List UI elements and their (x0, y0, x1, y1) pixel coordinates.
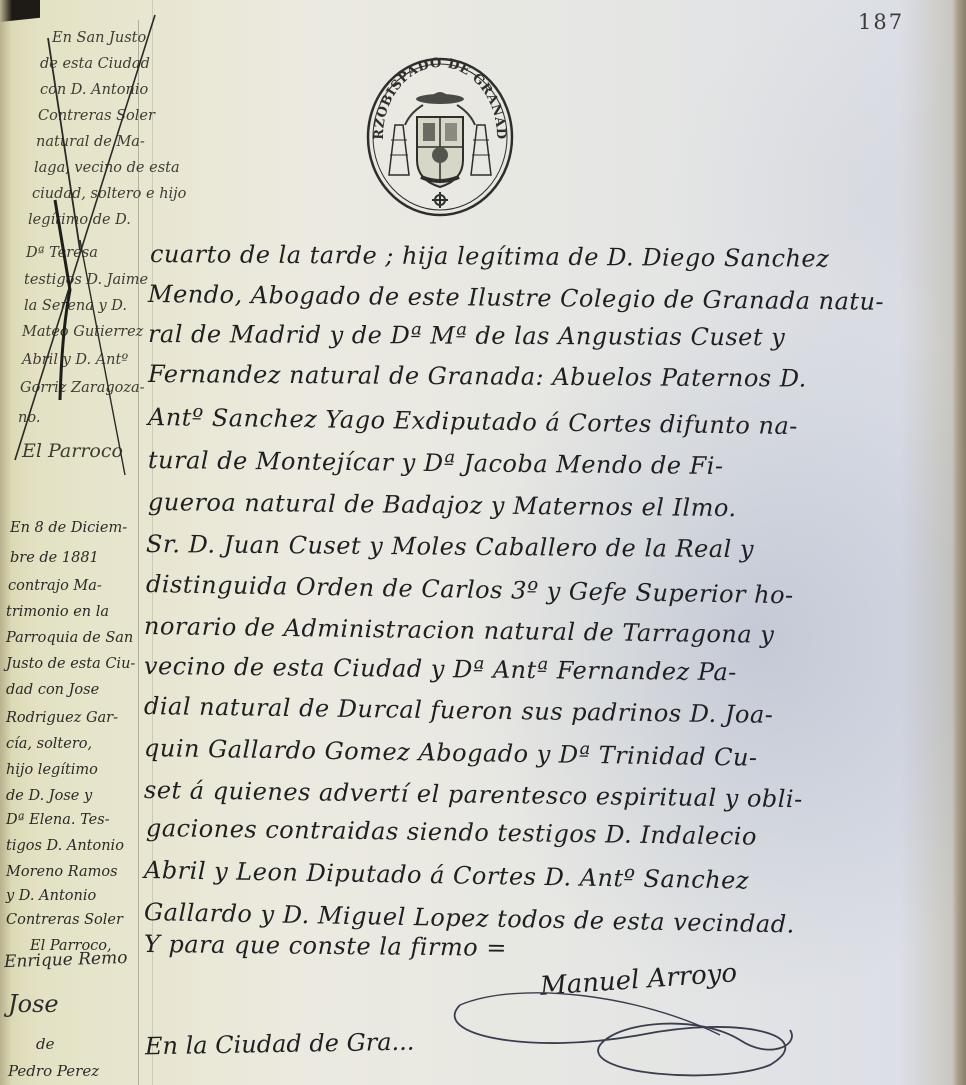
body-line: dial natural de Durcal fueron sus padrin… (144, 692, 774, 729)
margin-line: cía, soltero, (6, 736, 92, 752)
margin-line: ciudad, soltero e hijo (32, 186, 186, 202)
margin-bottom-signature: Enrique Remo (4, 948, 128, 972)
archbishopric-seal: ARZOBISPADO DE GRANADA (365, 55, 515, 200)
page-edge (952, 0, 966, 1085)
coat-of-arms-icon: ARZOBISPADO DE GRANADA (365, 55, 515, 220)
margin-line: testigos D. Jaime (24, 272, 148, 288)
margin-line: Moreno Ramos (6, 864, 118, 880)
margin-line: hijo legítimo (6, 762, 98, 778)
margin-line: Parroquia de San (6, 630, 133, 646)
margin-line: Justo de esta Ciu- (6, 656, 135, 672)
margin-line: dad con Jose (6, 682, 99, 698)
margin-line: de D. Jose y (6, 788, 92, 804)
margin-signature: El Parroco (22, 440, 123, 462)
margin-line: Mateo Gutierrez (22, 324, 143, 340)
margin-name-label: Jose (8, 990, 59, 1018)
body-line: Mendo, Abogado de este Ilustre Colegio d… (148, 280, 884, 316)
margin-line: Contreras Soler (38, 108, 155, 124)
body-line: gueroa natural de Badajoz y Maternos el … (148, 488, 737, 522)
margin-line: natural de Ma- (36, 134, 145, 150)
margin-de-label: de (36, 1035, 54, 1053)
margin-line: laga, vecino de esta (34, 160, 180, 176)
body-line: norario de Administracion natural de Tar… (144, 612, 775, 649)
body-line: Fernandez natural de Granada: Abuelos Pa… (148, 360, 807, 393)
margin-line: y D. Antonio (6, 888, 96, 904)
margin-line: Dª Elena. Tes- (6, 812, 110, 828)
body-line: tural de Montejícar y Dª Jacoba Mendo de… (148, 446, 724, 480)
margin-line: Gorriz Zaragoza- (20, 380, 145, 396)
margin-line: la Serena y D. (24, 298, 127, 314)
body-line: Sr. D. Juan Cuset y Moles Caballero de l… (146, 530, 754, 563)
margin-line: bre de 1881 (10, 550, 99, 566)
margin-line: contrajo Ma- (8, 578, 102, 594)
margin-line: Rodriguez Gar- (6, 710, 118, 726)
signature-flourish-icon (440, 985, 840, 1085)
body-line: Antº Sanchez Yago Exdiputado á Cortes di… (148, 403, 798, 440)
body-line: vecino de esta Ciudad y Dª Antª Fernande… (144, 652, 737, 686)
margin-sub-name: Pedro Perez (8, 1062, 99, 1080)
margin-line: Dª Teresa (26, 245, 98, 261)
body-line: quin Gallardo Gomez Abogado y Dª Trinida… (144, 734, 758, 772)
margin-line: legítimo de D. (28, 212, 131, 228)
body-line: distinguida Orden de Carlos 3º y Gefe Su… (146, 570, 794, 609)
margin-line: con D. Antonio (40, 82, 148, 98)
body-line: Abril y Leon Diputado á Cortes D. Antº S… (144, 856, 750, 895)
margin-line: no. (18, 410, 40, 426)
margin-line: En 8 de Diciem- (10, 520, 127, 536)
body-line: gaciones contraidas siendo testigos D. I… (146, 814, 757, 851)
body-line: Y para que conste la firmo = (144, 930, 507, 962)
margin-line: Abril y D. Antº (22, 352, 128, 368)
next-entry-opening: En la Ciudad de Gra... (145, 1028, 415, 1061)
strike-through-marks (0, 0, 170, 480)
body-line: cuarto de la tarde ; hija legítima de D.… (150, 240, 830, 273)
margin-line: Contreras Soler (6, 912, 123, 928)
body-line: set á quienes advertí el parentesco espi… (144, 776, 803, 813)
margin-line: tigos D. Antonio (6, 838, 124, 854)
body-line: ral de Madrid y de Dª Mª de las Angustia… (148, 320, 785, 351)
register-page: 187 ARZOBISPADO DE GRANADA (0, 0, 966, 1085)
margin-line: En San Justo (52, 30, 146, 46)
margin-line: de esta Ciudad (40, 56, 150, 72)
margin-rule (138, 20, 139, 1085)
page-number: 187 (858, 10, 904, 34)
margin-line: trimonio en la (6, 604, 109, 620)
